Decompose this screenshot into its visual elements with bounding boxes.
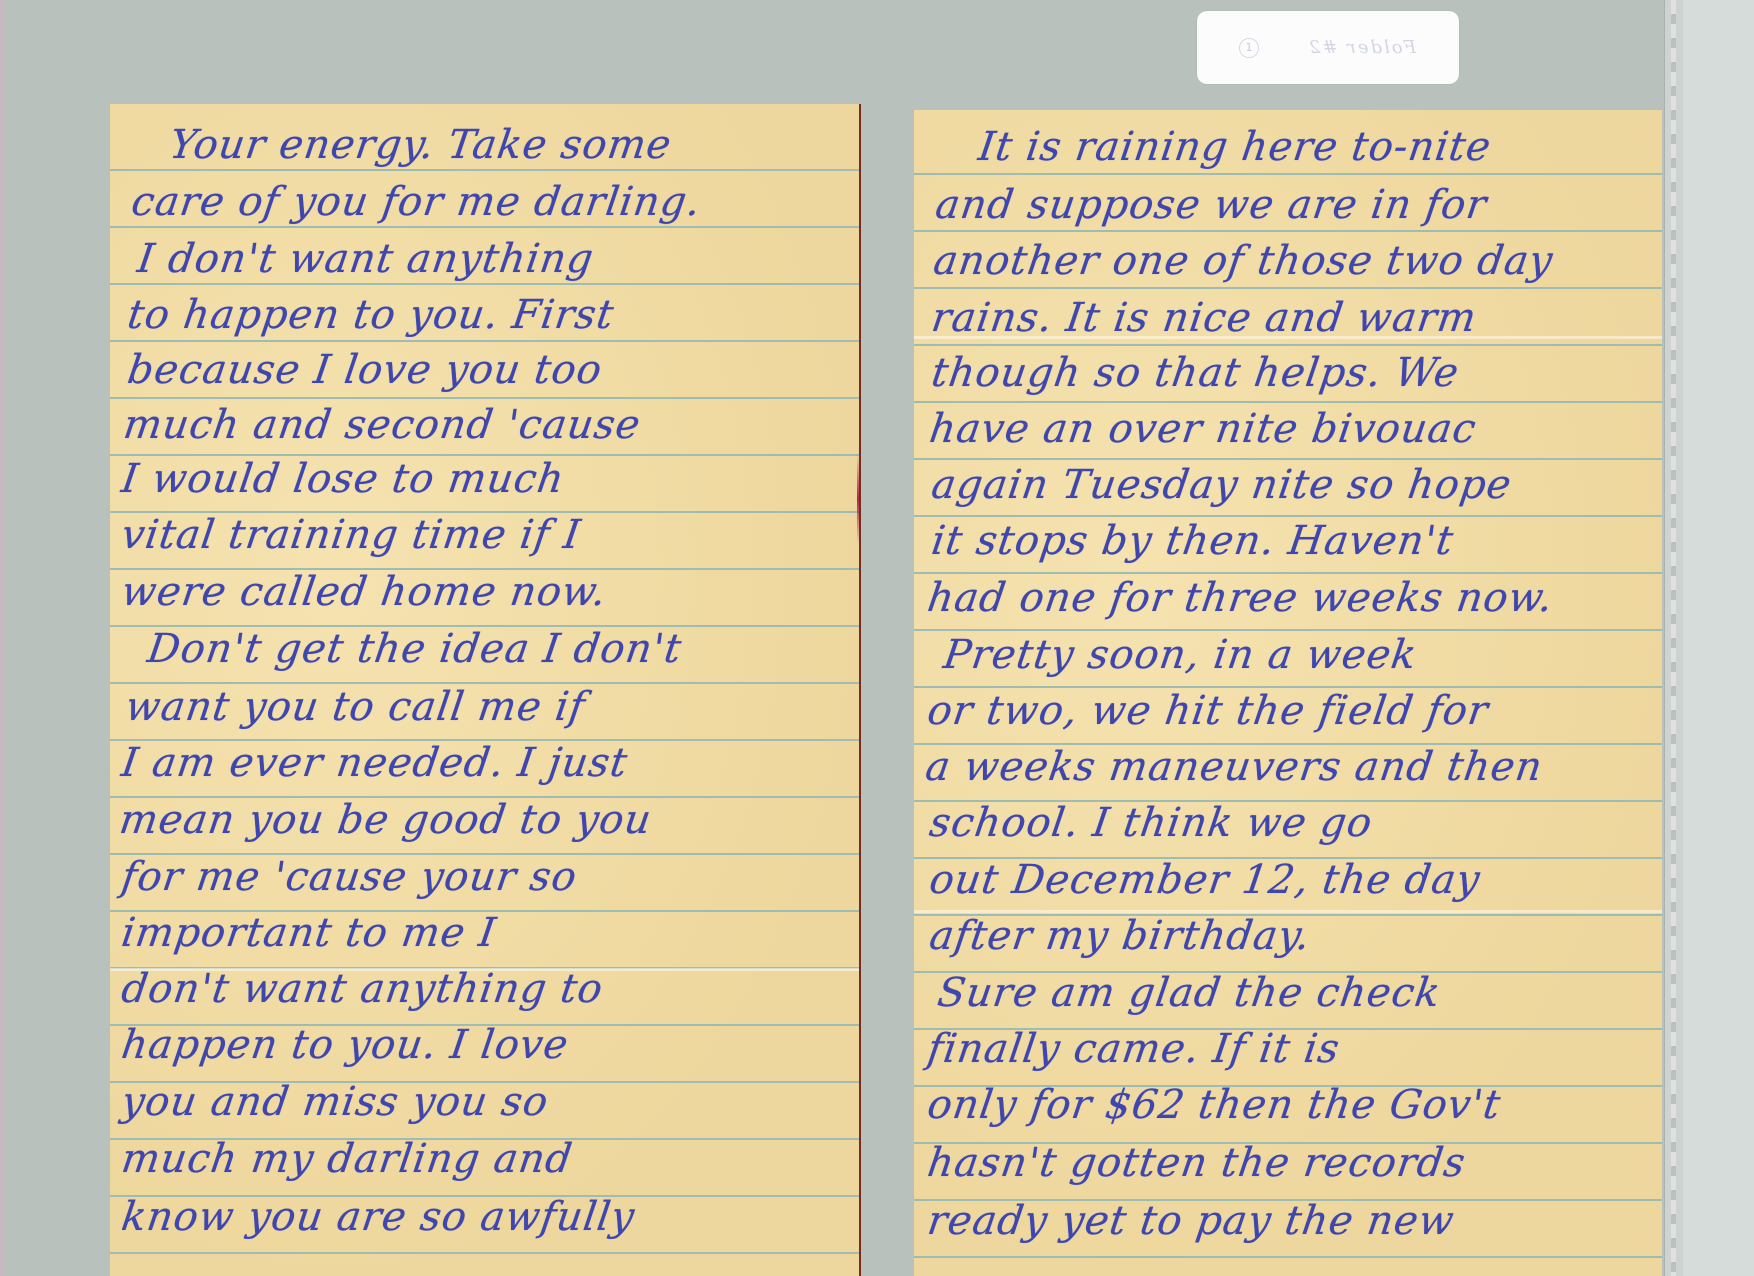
handwritten-line: Don't get the idea I don't — [145, 626, 685, 672]
handwritten-line: again Tuesday nite so hope — [929, 462, 1515, 508]
handwritten-line: though so that helps. We — [929, 350, 1462, 396]
handwritten-line: Pretty soon, in a week — [941, 632, 1420, 678]
handwritten-line: only for $62 then the Gov't — [925, 1082, 1504, 1128]
handwritten-line: want you to call me if — [123, 684, 589, 730]
handwritten-line: It is raining here to-nite — [976, 124, 1494, 170]
sleeve-perforated-strip — [1664, 0, 1684, 1276]
handwritten-line: much my darling and — [119, 1136, 576, 1182]
handwritten-line: a weeks maneuvers and then — [923, 744, 1546, 790]
handwritten-line: happen to you. I love — [119, 1022, 572, 1068]
handwritten-line: hasn't gotten the records — [925, 1140, 1469, 1186]
handwritten-line: and suppose we are in for — [933, 182, 1490, 228]
handwritten-line: ready yet to pay the new — [925, 1198, 1458, 1244]
handwritten-line: Your energy. Take some — [167, 122, 675, 168]
handwritten-line: I would lose to much — [119, 456, 568, 502]
handwritten-line: or two, we hit the field for — [925, 688, 1492, 734]
handwritten-line: important to me I — [119, 910, 499, 956]
handwritten-line: don't want anything to — [119, 966, 606, 1012]
handwritten-line: for me 'cause your so — [119, 854, 580, 900]
archive-label: 1 Folder #2 — [1197, 11, 1459, 84]
handwritten-line: after my birthday. — [927, 913, 1314, 959]
handwritten-line: rains. It is nice and warm — [929, 295, 1480, 341]
sleeve-left-edge — [0, 0, 4, 1276]
handwritten-line: care of you for me darling. — [129, 179, 704, 225]
letter-page-left: Your energy. Take some care of you for m… — [110, 104, 861, 1276]
handwritten-line: finally came. If it is — [925, 1026, 1343, 1072]
handwritten-line: mean you be good to you — [117, 797, 655, 843]
handwritten-line: know you are so awfully — [119, 1194, 638, 1240]
handwritten-line: you and miss you so — [119, 1079, 552, 1125]
handwritten-line: to happen to you. First — [125, 292, 617, 338]
handwritten-line: had one for three weeks now. — [925, 575, 1556, 621]
handwritten-line: because I love you too — [125, 347, 605, 393]
handwritten-line: out December 12, the day — [927, 857, 1484, 903]
handwritten-line: have an over nite bivouac — [927, 406, 1480, 452]
handwritten-line: were called home now. — [119, 569, 610, 615]
handwritten-line: school. I think we go — [927, 800, 1376, 846]
label-faint-text: Folder #2 — [1307, 37, 1416, 58]
handwritten-line: I don't want anything — [135, 236, 597, 282]
letter-page-right: It is raining here to-nite and suppose w… — [914, 110, 1662, 1276]
handwritten-line: another one of those two day — [931, 238, 1556, 284]
binder-holes — [1671, 0, 1676, 1276]
sleeve-right-margin — [1683, 0, 1754, 1276]
handwritten-line: I am ever needed. I just — [119, 740, 631, 786]
handwritten-line: Sure am glad the check — [935, 970, 1444, 1016]
label-circle-number: 1 — [1239, 38, 1259, 58]
handwritten-line: vital training time if I — [119, 512, 584, 558]
handwritten-line: much and second 'cause — [121, 402, 644, 448]
red-edge-stain — [857, 454, 861, 544]
handwritten-line: it stops by then. Haven't — [929, 518, 1457, 564]
